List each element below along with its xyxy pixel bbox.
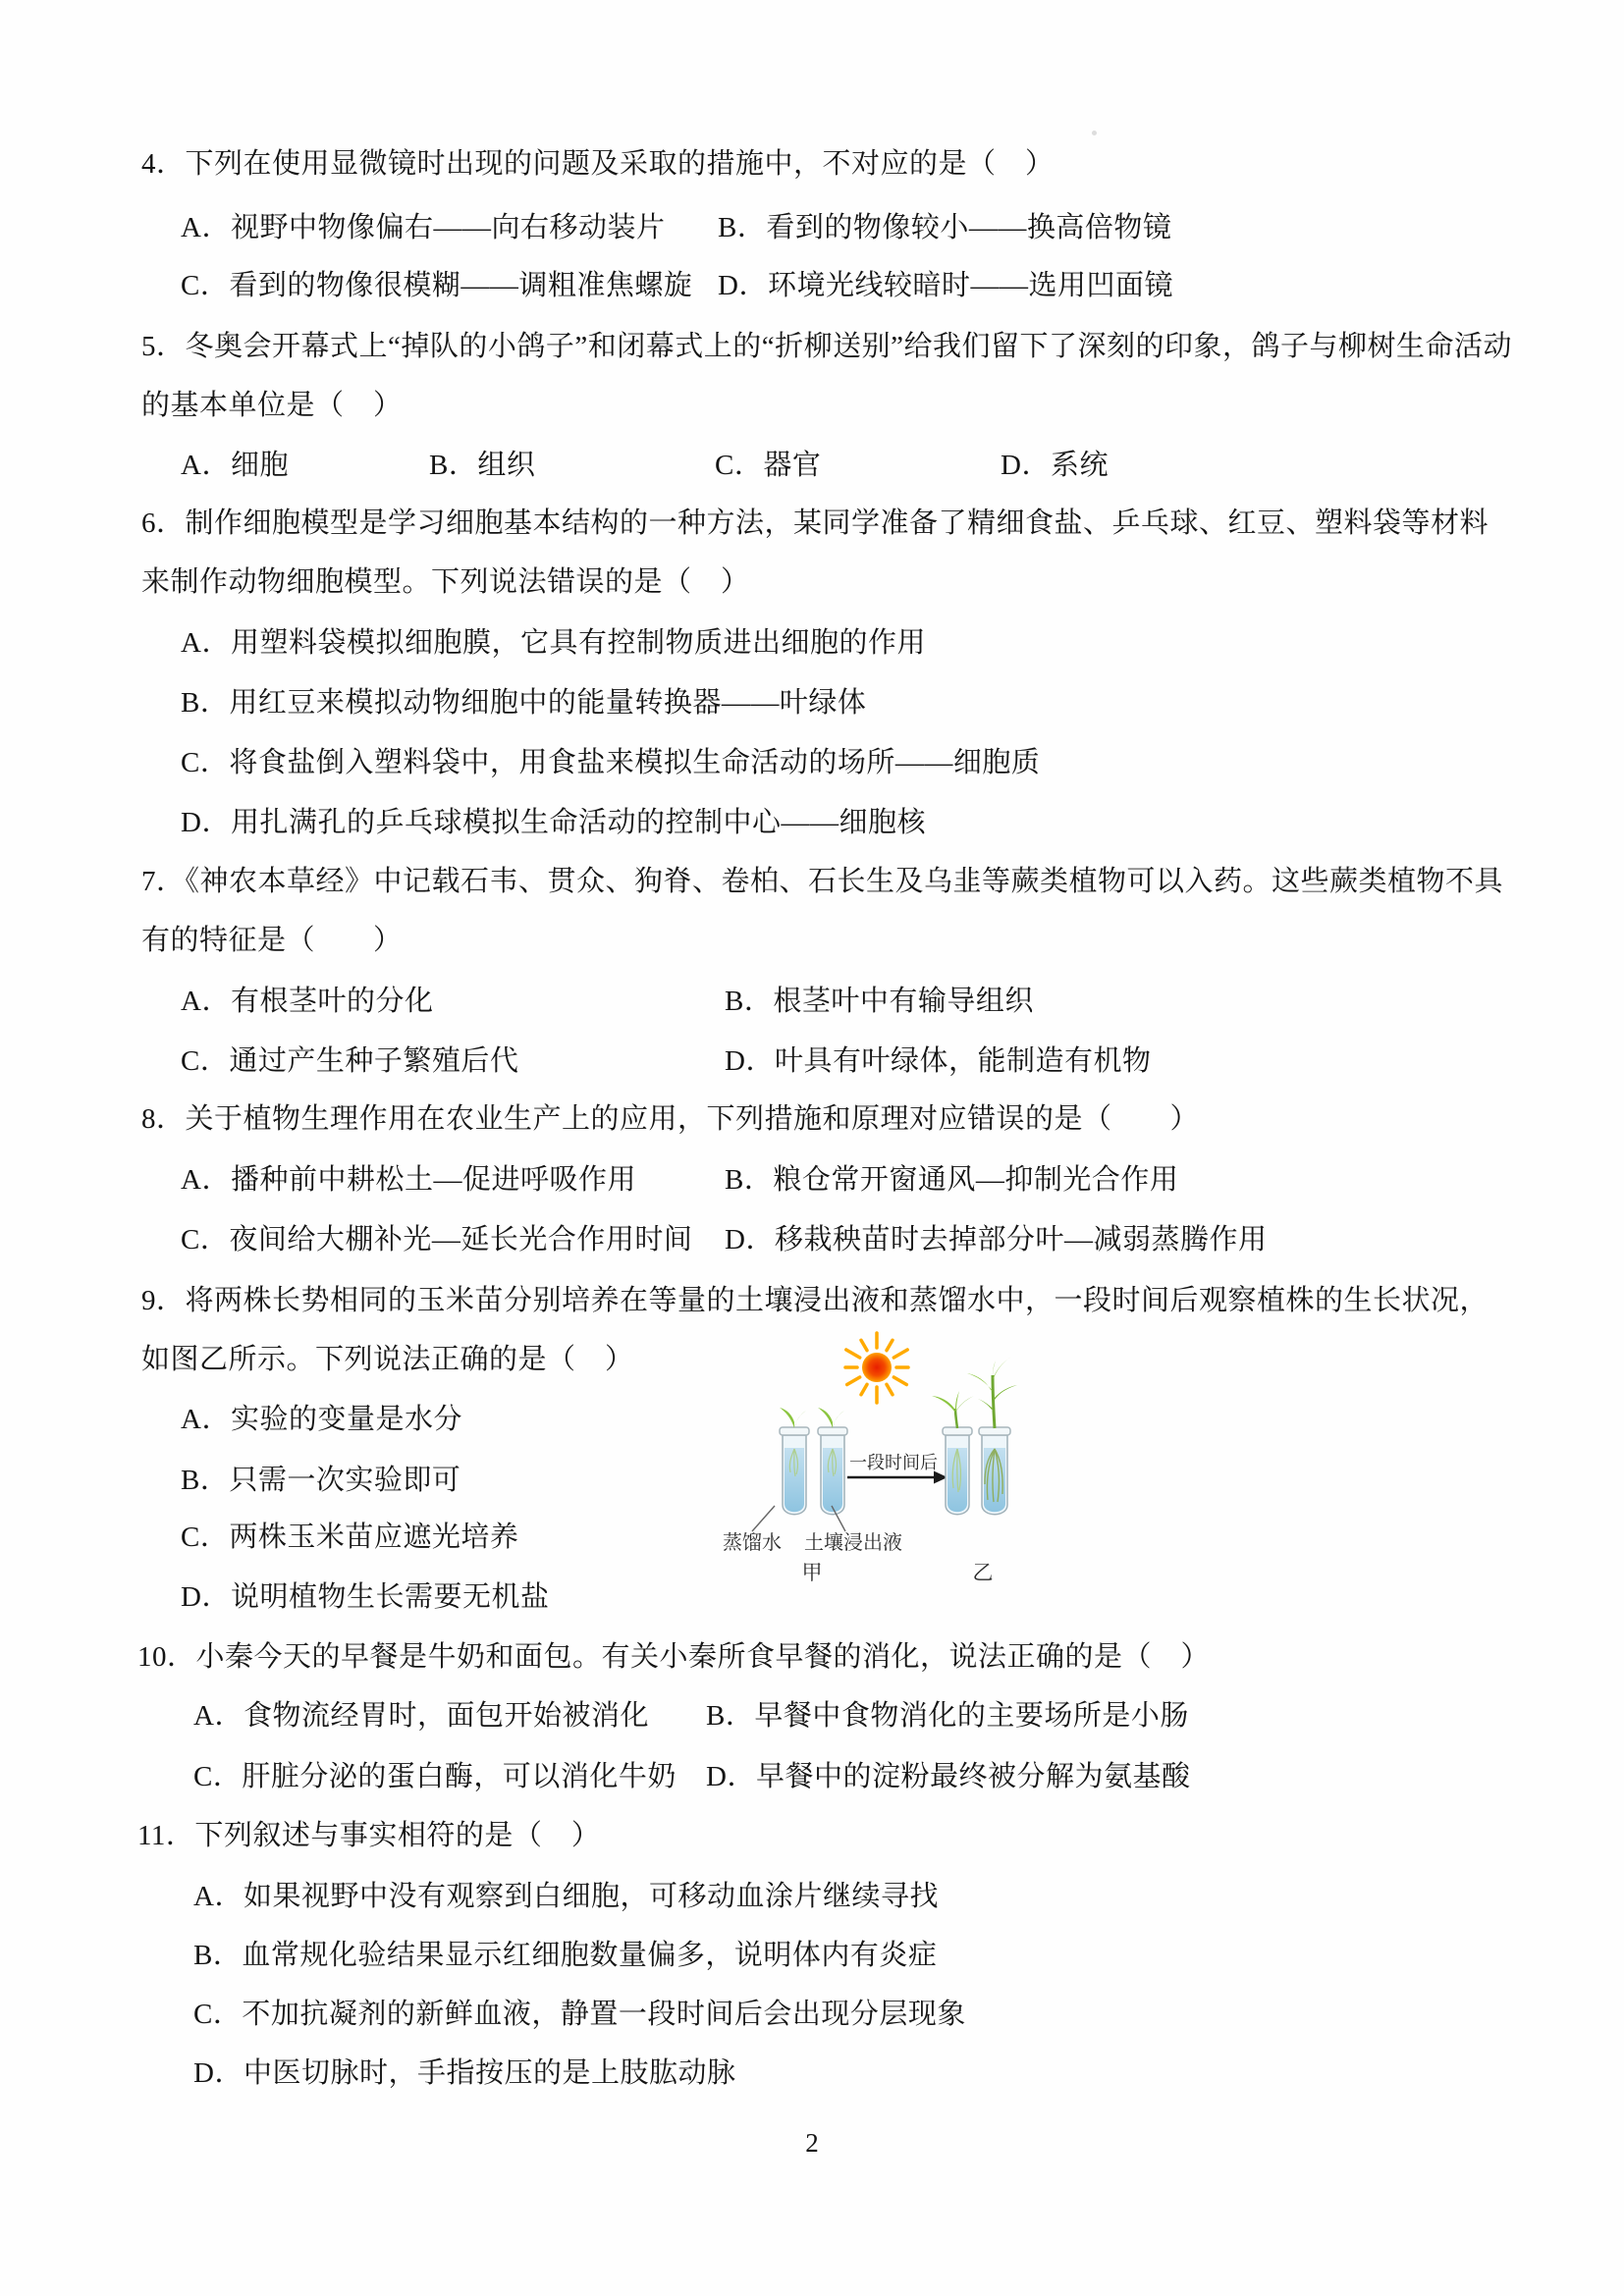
large-seedling-icon bbox=[967, 1357, 1017, 1428]
question-4-option-c: C．看到的物像很模糊——调粗准焦螺旋 bbox=[181, 264, 692, 307]
question-7-stem-line1: 7．《神农本草经》中记载石韦、贯众、狗脊、卷柏、石长生及乌韭等蕨类植物可以入药。… bbox=[141, 860, 1503, 903]
question-7-option-a: A．有根茎叶的分化 bbox=[181, 980, 433, 1023]
exam-page: 4．下列在使用显微镜时出现的问题及采取的措施中，不对应的是（ ） A．视野中物像… bbox=[0, 0, 1624, 2296]
question-9-stem-line1: 9．将两株长势相同的玉米苗分别培养在等量的土壤浸出液和蒸馏水中，一段时间后观察植… bbox=[141, 1279, 1489, 1322]
soil-extract-label: 土壤浸出液 bbox=[804, 1531, 902, 1554]
arrow-icon bbox=[847, 1471, 947, 1484]
question-8-option-b: B．粮仓常开窗通风—抑制光合作用 bbox=[725, 1158, 1178, 1201]
question-9-option-d: D．说明植物生长需要无机盐 bbox=[181, 1575, 549, 1619]
question-6-stem-line2: 来制作动物细胞模型。下列说法错误的是（ ） bbox=[141, 561, 750, 604]
question-4-stem: 4．下列在使用显微镜时出现的问题及采取的措施中，不对应的是（ ） bbox=[141, 142, 1055, 186]
page-number: 2 bbox=[0, 2121, 1624, 2164]
question-6-option-b: B．用红豆来模拟动物细胞中的能量转换器——叶绿体 bbox=[181, 681, 866, 724]
question-5-option-c: C．器官 bbox=[715, 444, 821, 487]
question-9-option-b: B．只需一次实验即可 bbox=[181, 1459, 460, 1502]
question-11-option-c: C．不加抗凝剂的新鲜血液，静置一段时间后会出现分层现象 bbox=[193, 1993, 966, 2036]
test-tube-distilled-after bbox=[932, 1391, 977, 1515]
question-10-option-d: D．早餐中的淀粉最终被分解为氨基酸 bbox=[706, 1755, 1190, 1798]
test-tube-distilled-before bbox=[780, 1408, 809, 1515]
question-5-stem-line1: 5．冬奥会开幕式上“掉队的小鸽子”和闭幕式上的“折柳送别”给我们留下了深刻的印象… bbox=[141, 325, 1512, 368]
test-tube-soil-before bbox=[818, 1408, 847, 1515]
question-11-stem: 11．下列叙述与事实相符的是（ ） bbox=[137, 1814, 600, 1857]
question-10-option-b: B．早餐中食物消化的主要场所是小肠 bbox=[706, 1694, 1189, 1737]
question-4-option-b: B．看到的物像较小——换高倍物镜 bbox=[718, 206, 1171, 249]
question-8-option-a: A．播种前中耕松土—促进呼吸作用 bbox=[181, 1158, 636, 1201]
question-8-option-c: C．夜间给大棚补光—延长光合作用时间 bbox=[181, 1218, 692, 1261]
question-4-option-d: D．环境光线较暗时——选用凹面镜 bbox=[718, 264, 1173, 307]
question-6-option-d: D．用扎满孔的乒乓球模拟生命活动的控制中心——细胞核 bbox=[181, 801, 926, 844]
question-11-option-d: D．中医切脉时，手指按压的是上肢肱动脉 bbox=[193, 2052, 735, 2095]
leader-line-distilled bbox=[752, 1506, 775, 1531]
question-8-option-d: D．移栽秧苗时去掉部分叶—减弱蒸腾作用 bbox=[725, 1218, 1267, 1261]
small-seedling-icon bbox=[780, 1408, 806, 1428]
question-9-stem-line2: 如图乙所示。下列说法正确的是（ ） bbox=[141, 1338, 634, 1381]
sun-icon bbox=[845, 1333, 908, 1403]
question-4-option-a: A．视野中物像偏右——向右移动装片 bbox=[181, 206, 665, 249]
question-9-option-c: C．两株玉米苗应遮光培养 bbox=[181, 1516, 518, 1559]
question-9-option-a: A．实验的变量是水分 bbox=[181, 1398, 462, 1441]
q9-experiment-figure: 一段时间后 bbox=[687, 1330, 1041, 1590]
question-5-option-a: A．细胞 bbox=[181, 444, 289, 487]
test-tube-soil-after bbox=[967, 1357, 1017, 1515]
question-6-option-a: A．用塑料袋模拟细胞膜，它具有控制物质进出细胞的作用 bbox=[181, 621, 926, 665]
group-yi-label: 乙 bbox=[973, 1561, 994, 1584]
question-5-stem-line2: 的基本单位是（ ） bbox=[141, 384, 403, 427]
small-seedling-icon bbox=[818, 1408, 844, 1428]
question-6-stem-line1: 6．制作细胞模型是学习细胞基本结构的一种方法，某同学准备了精细食盐、乒乓球、红豆… bbox=[141, 502, 1489, 545]
question-7-option-c: C．通过产生种子繁殖后代 bbox=[181, 1040, 518, 1083]
question-11-option-b: B．血常规化验结果显示红细胞数量偏多，说明体内有炎症 bbox=[193, 1934, 937, 1977]
question-10-option-c: C．肝脏分泌的蛋白酶，可以消化牛奶 bbox=[193, 1755, 677, 1798]
question-7-option-b: B．根茎叶中有输导组织 bbox=[725, 980, 1034, 1023]
distilled-water-label: 蒸馏水 bbox=[723, 1531, 782, 1554]
question-6-option-c: C．将食盐倒入塑料袋中，用食盐来模拟生命活动的场所——细胞质 bbox=[181, 741, 1040, 784]
question-5-option-b: B．组织 bbox=[429, 444, 535, 487]
question-7-option-d: D．叶具有叶绿体，能制造有机物 bbox=[725, 1040, 1151, 1083]
arrow-label: 一段时间后 bbox=[849, 1453, 938, 1472]
question-8-stem: 8．关于植物生理作用在农业生产上的应用，下列措施和原理对应错误的是（ ） bbox=[141, 1097, 1199, 1141]
question-5-option-d: D．系统 bbox=[1001, 444, 1109, 487]
question-10-stem: 10．小秦今天的早餐是牛奶和面包。有关小秦所食早餐的消化，说法正确的是（ ） bbox=[137, 1635, 1210, 1679]
medium-seedling-icon bbox=[932, 1391, 977, 1428]
group-jia-label: 甲 bbox=[802, 1561, 823, 1584]
question-11-option-a: A．如果视野中没有观察到白细胞，可移动血涂片继续寻找 bbox=[193, 1875, 939, 1918]
question-10-option-a: A．食物流经胃时，面包开始被消化 bbox=[193, 1694, 649, 1737]
scan-artifact-dot bbox=[1092, 131, 1097, 135]
question-7-stem-line2: 有的特征是（ ） bbox=[141, 919, 403, 962]
